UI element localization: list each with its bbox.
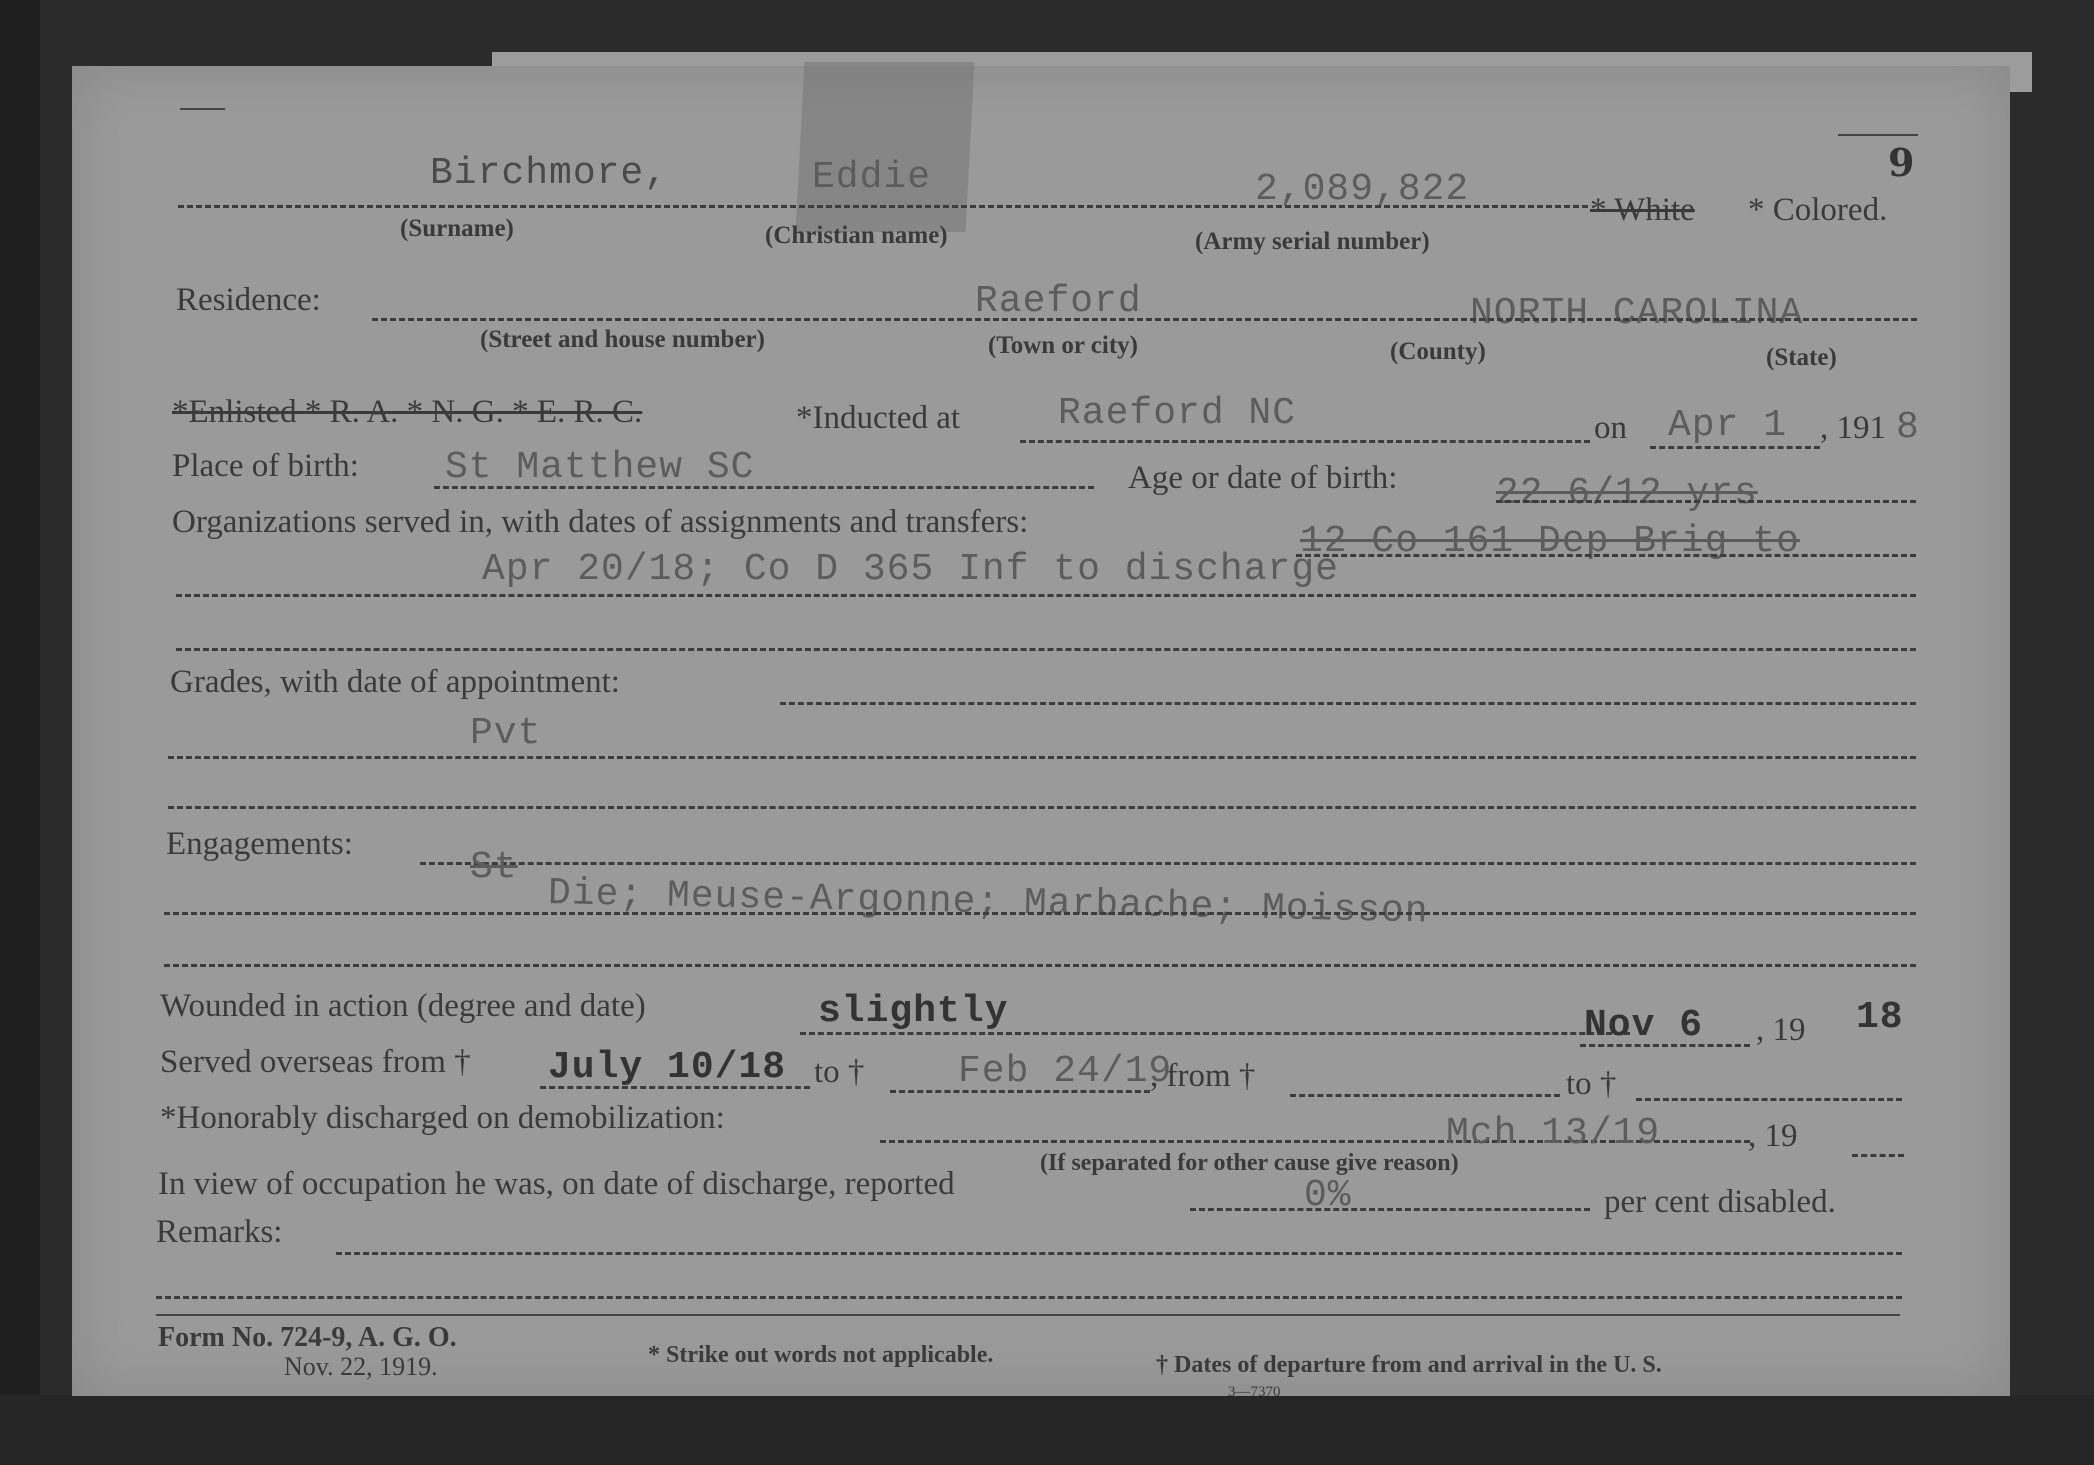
- street-caption: (Street and house number): [480, 326, 765, 354]
- overseas-from-line: [540, 1086, 810, 1089]
- age-label: Age or date of birth:: [1128, 460, 1397, 497]
- enlistment-options-struck: *Enlisted * R. A. * N. G. * E. R. C.: [172, 394, 642, 430]
- disability-value: 0%: [1304, 1174, 1352, 1217]
- overseas-to-value: Feb 24/19: [958, 1050, 1172, 1093]
- footer-rule: [156, 1314, 1900, 1316]
- induction-year-prefix: , 191: [1820, 410, 1886, 447]
- header-line: [178, 205, 1588, 208]
- wounded-label: Wounded in action (degree and date): [160, 988, 646, 1025]
- induction-date-value: Apr 1: [1668, 404, 1787, 447]
- organizations-rule3: [176, 648, 1916, 651]
- engagements-label: Engagements:: [166, 826, 353, 863]
- disability-label: In view of occupation he was, on date of…: [158, 1166, 955, 1203]
- card-number-rule: [1838, 134, 1918, 136]
- dagger-note: † Dates of departure from and arrival in…: [1156, 1352, 1662, 1379]
- engagements-rule2: [164, 912, 1916, 915]
- grades-value: Pvt: [470, 712, 541, 755]
- wounded-line: [800, 1032, 1630, 1035]
- corner-mark: [180, 108, 225, 110]
- grades-rule2: [168, 756, 1916, 759]
- christian-name-caption: (Christian name): [765, 222, 948, 250]
- grades-label: Grades, with date of appointment:: [170, 664, 620, 701]
- overseas-to-label: to †: [814, 1054, 864, 1091]
- backdrop-left: [0, 0, 40, 1465]
- induction-year-suffix: 8: [1896, 406, 1920, 449]
- overseas-to2-label: to †: [1566, 1066, 1616, 1103]
- surname-caption: (Surname): [400, 215, 514, 243]
- discharge-year-prefix: , 19: [1748, 1118, 1798, 1155]
- discharge-caption: (If separated for other cause give reaso…: [1040, 1150, 1459, 1177]
- place-of-birth-line: [434, 486, 1094, 489]
- on-label: on: [1594, 410, 1627, 447]
- inducted-at-label: *Inducted at: [796, 400, 960, 437]
- engagements-rule3: [164, 964, 1916, 967]
- organizations-rule1: [1296, 554, 1916, 557]
- state-caption: (State): [1766, 344, 1837, 372]
- age-line: [1496, 500, 1916, 503]
- residence-state-value: NORTH CAROLINA: [1470, 292, 1803, 335]
- wounded-date-line: [1580, 1044, 1750, 1047]
- wounded-year-prefix: , 19: [1756, 1012, 1806, 1049]
- christian-name-value: Eddie: [812, 156, 931, 199]
- race-white-option: * White: [1590, 192, 1695, 229]
- wounded-date-value: Nov 6: [1584, 1004, 1703, 1047]
- card-number: 9: [1888, 140, 1914, 185]
- print-code: 3—7370: [1228, 1384, 1281, 1401]
- engagements-rule1: [420, 862, 1916, 865]
- place-of-birth-label: Place of birth:: [172, 448, 359, 485]
- overseas-to2-line: [1636, 1098, 1902, 1101]
- serial-number-caption: (Army serial number): [1195, 228, 1430, 256]
- overseas-from2-label: , from †: [1150, 1058, 1255, 1095]
- town-caption: (Town or city): [988, 332, 1138, 360]
- surname-value: Birchmore,: [430, 152, 668, 195]
- discharge-date-value: Mch 13/19: [1446, 1112, 1660, 1155]
- form-number: Form No. 724-9, A. G. O.: [158, 1322, 457, 1354]
- race-colored-option: * Colored.: [1748, 192, 1887, 229]
- grades-rule3: [168, 806, 1916, 809]
- residence-label: Residence:: [176, 282, 321, 319]
- disability-suffix: per cent disabled.: [1604, 1184, 1836, 1221]
- remarks-rule1: [336, 1252, 1902, 1255]
- overseas-from-value: July 10/18: [548, 1046, 786, 1089]
- grades-rule1: [780, 702, 1916, 705]
- strike-note: * Strike out words not applicable.: [648, 1342, 993, 1369]
- county-caption: (County): [1390, 338, 1486, 366]
- form-date: Nov. 22, 1919.: [284, 1352, 438, 1382]
- enlistment-options: *Enlisted * R. A. * N. G. * E. R. C.: [172, 394, 642, 431]
- discharge-year-line: [1852, 1154, 1904, 1157]
- backdrop-bottom: [0, 1395, 2094, 1465]
- remarks-label: Remarks:: [156, 1214, 282, 1251]
- organizations-rule2: [176, 594, 1916, 597]
- remarks-rule2: [156, 1296, 1902, 1299]
- age-value: 22 6/12 yrs: [1496, 472, 1758, 515]
- residence-line: [372, 318, 1917, 321]
- overseas-label: Served overseas from †: [160, 1044, 471, 1081]
- organizations-label: Organizations served in, with dates of a…: [172, 504, 1028, 541]
- inducted-at-line: [1020, 440, 1590, 443]
- engagements-value-part1: St: [470, 846, 518, 889]
- residence-town-value: Raeford: [975, 280, 1142, 323]
- inducted-at-value: Raeford NC: [1058, 392, 1296, 435]
- place-of-birth-value: St Matthew SC: [445, 446, 754, 489]
- race-white-text: * White: [1590, 192, 1695, 228]
- disability-line: [1190, 1208, 1590, 1211]
- organizations-line2: Apr 20/18; Co D 365 Inf to discharge: [482, 548, 1339, 591]
- wounded-degree-value: slightly: [818, 990, 1008, 1033]
- discharge-label: *Honorably discharged on demobilization:: [160, 1100, 725, 1137]
- induction-date-line: [1650, 446, 1820, 449]
- overseas-from2-line: [1290, 1094, 1560, 1097]
- wounded-year-suffix: 18: [1856, 996, 1904, 1039]
- overseas-to-line: [890, 1090, 1150, 1093]
